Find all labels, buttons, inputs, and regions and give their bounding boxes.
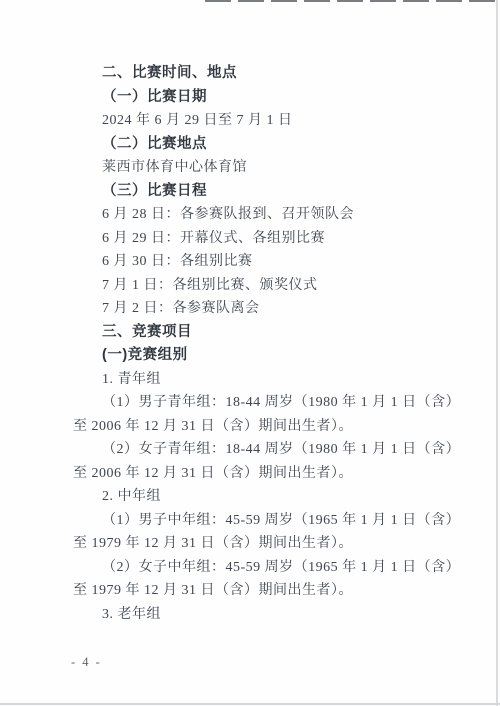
group-youth-title: 1. 青年组: [73, 368, 443, 392]
page-number: - 4 -: [71, 655, 102, 670]
group-middle-women: （2）女子中年组：45-59 周岁（1965 年 1 月 1 日（含）: [73, 556, 443, 580]
group-middle-title: 2. 中年组: [73, 485, 443, 509]
group-middle-men-continuation: 至 1979 年 12 月 31 日（含）期间出生者）。: [73, 532, 443, 556]
text-competition-date: 2024 年 6 月 29 日至 7 月 1 日: [73, 109, 443, 133]
document-page: 二、比赛时间、地点 （一）比赛日期 2024 年 6 月 29 日至 7 月 1…: [0, 0, 500, 706]
heading-competition-date: （一）比赛日期: [73, 86, 443, 110]
heading-competition-groups: (一)竞赛组别: [73, 344, 443, 368]
group-middle-men: （1）男子中年组：45-59 周岁（1965 年 1 月 1 日（含）: [73, 509, 443, 533]
group-youth-women-continuation: 至 2006 年 12 月 31 日（含）期间出生者）。: [73, 462, 443, 486]
heading-competition-schedule: （三）比赛日程: [73, 180, 443, 204]
heading-section-2-time-location: 二、比赛时间、地点: [73, 62, 443, 86]
group-middle-women-continuation: 至 1979 年 12 月 31 日（含）期间出生者）。: [73, 579, 443, 603]
schedule-june-29: 6 月 29 日：开幕仪式、各组别比赛: [73, 227, 443, 251]
group-youth-women: （2）女子青年组：18-44 周岁（1980 年 1 月 1 日（含）: [73, 438, 443, 462]
schedule-july-1: 7 月 1 日：各组别比赛、颁奖仪式: [73, 274, 443, 298]
group-youth-men: （1）男子青年组：18-44 周岁（1980 年 1 月 1 日（含）: [73, 391, 443, 415]
heading-competition-venue: （二）比赛地点: [73, 133, 443, 157]
schedule-june-30: 6 月 30 日：各组别比赛: [73, 250, 443, 274]
scan-bottom-edge-artifact: [0, 703, 500, 705]
group-senior-title: 3. 老年组: [73, 603, 443, 627]
heading-section-3-events: 三、竞赛项目: [73, 321, 443, 345]
schedule-july-2: 7 月 2 日：各参赛队离会: [73, 297, 443, 321]
text-competition-venue: 莱西市体育中心体育馆: [73, 156, 443, 180]
document-body: 二、比赛时间、地点 （一）比赛日期 2024 年 6 月 29 日至 7 月 1…: [73, 62, 443, 626]
scan-top-edge-artifact: [205, 0, 500, 2]
scan-right-edge-artifact: [496, 0, 498, 706]
group-youth-men-continuation: 至 2006 年 12 月 31 日（含）期间出生者）。: [73, 415, 443, 439]
schedule-june-28: 6 月 28 日：各参赛队报到、召开领队会: [73, 203, 443, 227]
